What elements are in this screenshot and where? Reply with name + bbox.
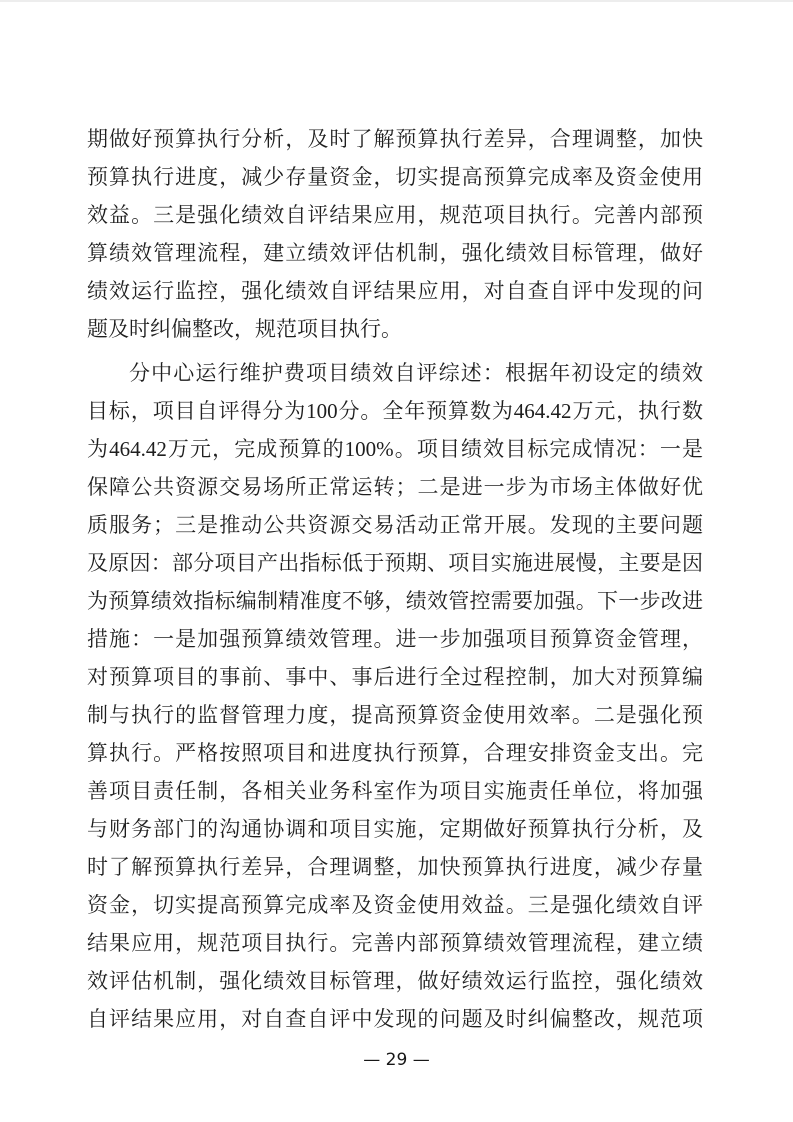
text-line: 与财务部门的沟通协调和项目实施，定期做好预算执行分析，及 bbox=[87, 810, 703, 848]
text-line: 效评估机制，强化绩效目标管理，做好绩效运行监控，强化绩效 bbox=[87, 962, 703, 1000]
text-line: 自评结果应用，对自查自评中发现的问题及时纠偏整改，规范项 bbox=[87, 1000, 703, 1038]
text-line: 效益。三是强化绩效自评结果应用，规范项目执行。完善内部预 bbox=[87, 196, 703, 234]
paragraph: 分中心运行维护费项目绩效自评综述：根据年初设定的绩效目标，项目自评得分为100分… bbox=[87, 354, 703, 1038]
text-line: 结果应用，规范项目执行。完善内部预算绩效管理流程，建立绩 bbox=[87, 924, 703, 962]
text-line: 目标，项目自评得分为100分。全年预算数为464.42万元，执行数 bbox=[87, 392, 703, 430]
paragraph: 期做好预算执行分析，及时了解预算执行差异，合理调整，加快预算执行进度，减少存量资… bbox=[87, 120, 703, 348]
text-line: 保障公共资源交易场所正常运转；二是进一步为市场主体做好优 bbox=[87, 468, 703, 506]
text-line: 及原因：部分项目产出指标低于预期、项目实施进展慢，主要是因 bbox=[87, 544, 703, 582]
text-line: 为预算绩效指标编制精准度不够，绩效管控需要加强。下一步改进 bbox=[87, 582, 703, 620]
text-line: 算执行。严格按照项目和进度执行预算，合理安排资金支出。完 bbox=[87, 734, 703, 772]
text-line: 题及时纠偏整改，规范项目执行。 bbox=[87, 310, 703, 348]
text-line: 预算执行进度，减少存量资金，切实提高预算完成率及资金使用 bbox=[87, 158, 703, 196]
text-line: 时了解预算执行差异，合理调整，加快预算执行进度，减少存量 bbox=[87, 848, 703, 886]
text-line: 措施：一是加强预算绩效管理。进一步加强项目预算资金管理， bbox=[87, 620, 703, 658]
text-line: 为464.42万元，完成预算的100%。项目绩效目标完成情况：一是 bbox=[87, 430, 703, 468]
text-body: 期做好预算执行分析，及时了解预算执行差异，合理调整，加快预算执行进度，减少存量资… bbox=[87, 120, 703, 1038]
page-number: — 29 — bbox=[0, 1046, 793, 1074]
text-line: 绩效运行监控，强化绩效自评结果应用，对自查自评中发现的问 bbox=[87, 272, 703, 310]
text-line: 制与执行的监督管理力度，提高预算资金使用效率。二是强化预 bbox=[87, 696, 703, 734]
text-line: 善项目责任制，各相关业务科室作为项目实施责任单位，将加强 bbox=[87, 772, 703, 810]
text-line: 算绩效管理流程，建立绩效评估机制，强化绩效目标管理，做好 bbox=[87, 234, 703, 272]
text-line: 对预算项目的事前、事中、事后进行全过程控制，加大对预算编 bbox=[87, 658, 703, 696]
text-line: 资金，切实提高预算完成率及资金使用效益。三是强化绩效自评 bbox=[87, 886, 703, 924]
text-line: 分中心运行维护费项目绩效自评综述：根据年初设定的绩效 bbox=[87, 354, 703, 392]
scan-edge-artifact bbox=[0, 0, 793, 2]
text-line: 期做好预算执行分析，及时了解预算执行差异，合理调整，加快 bbox=[87, 120, 703, 158]
text-line: 质服务；三是推动公共资源交易活动正常开展。发现的主要问题 bbox=[87, 506, 703, 544]
